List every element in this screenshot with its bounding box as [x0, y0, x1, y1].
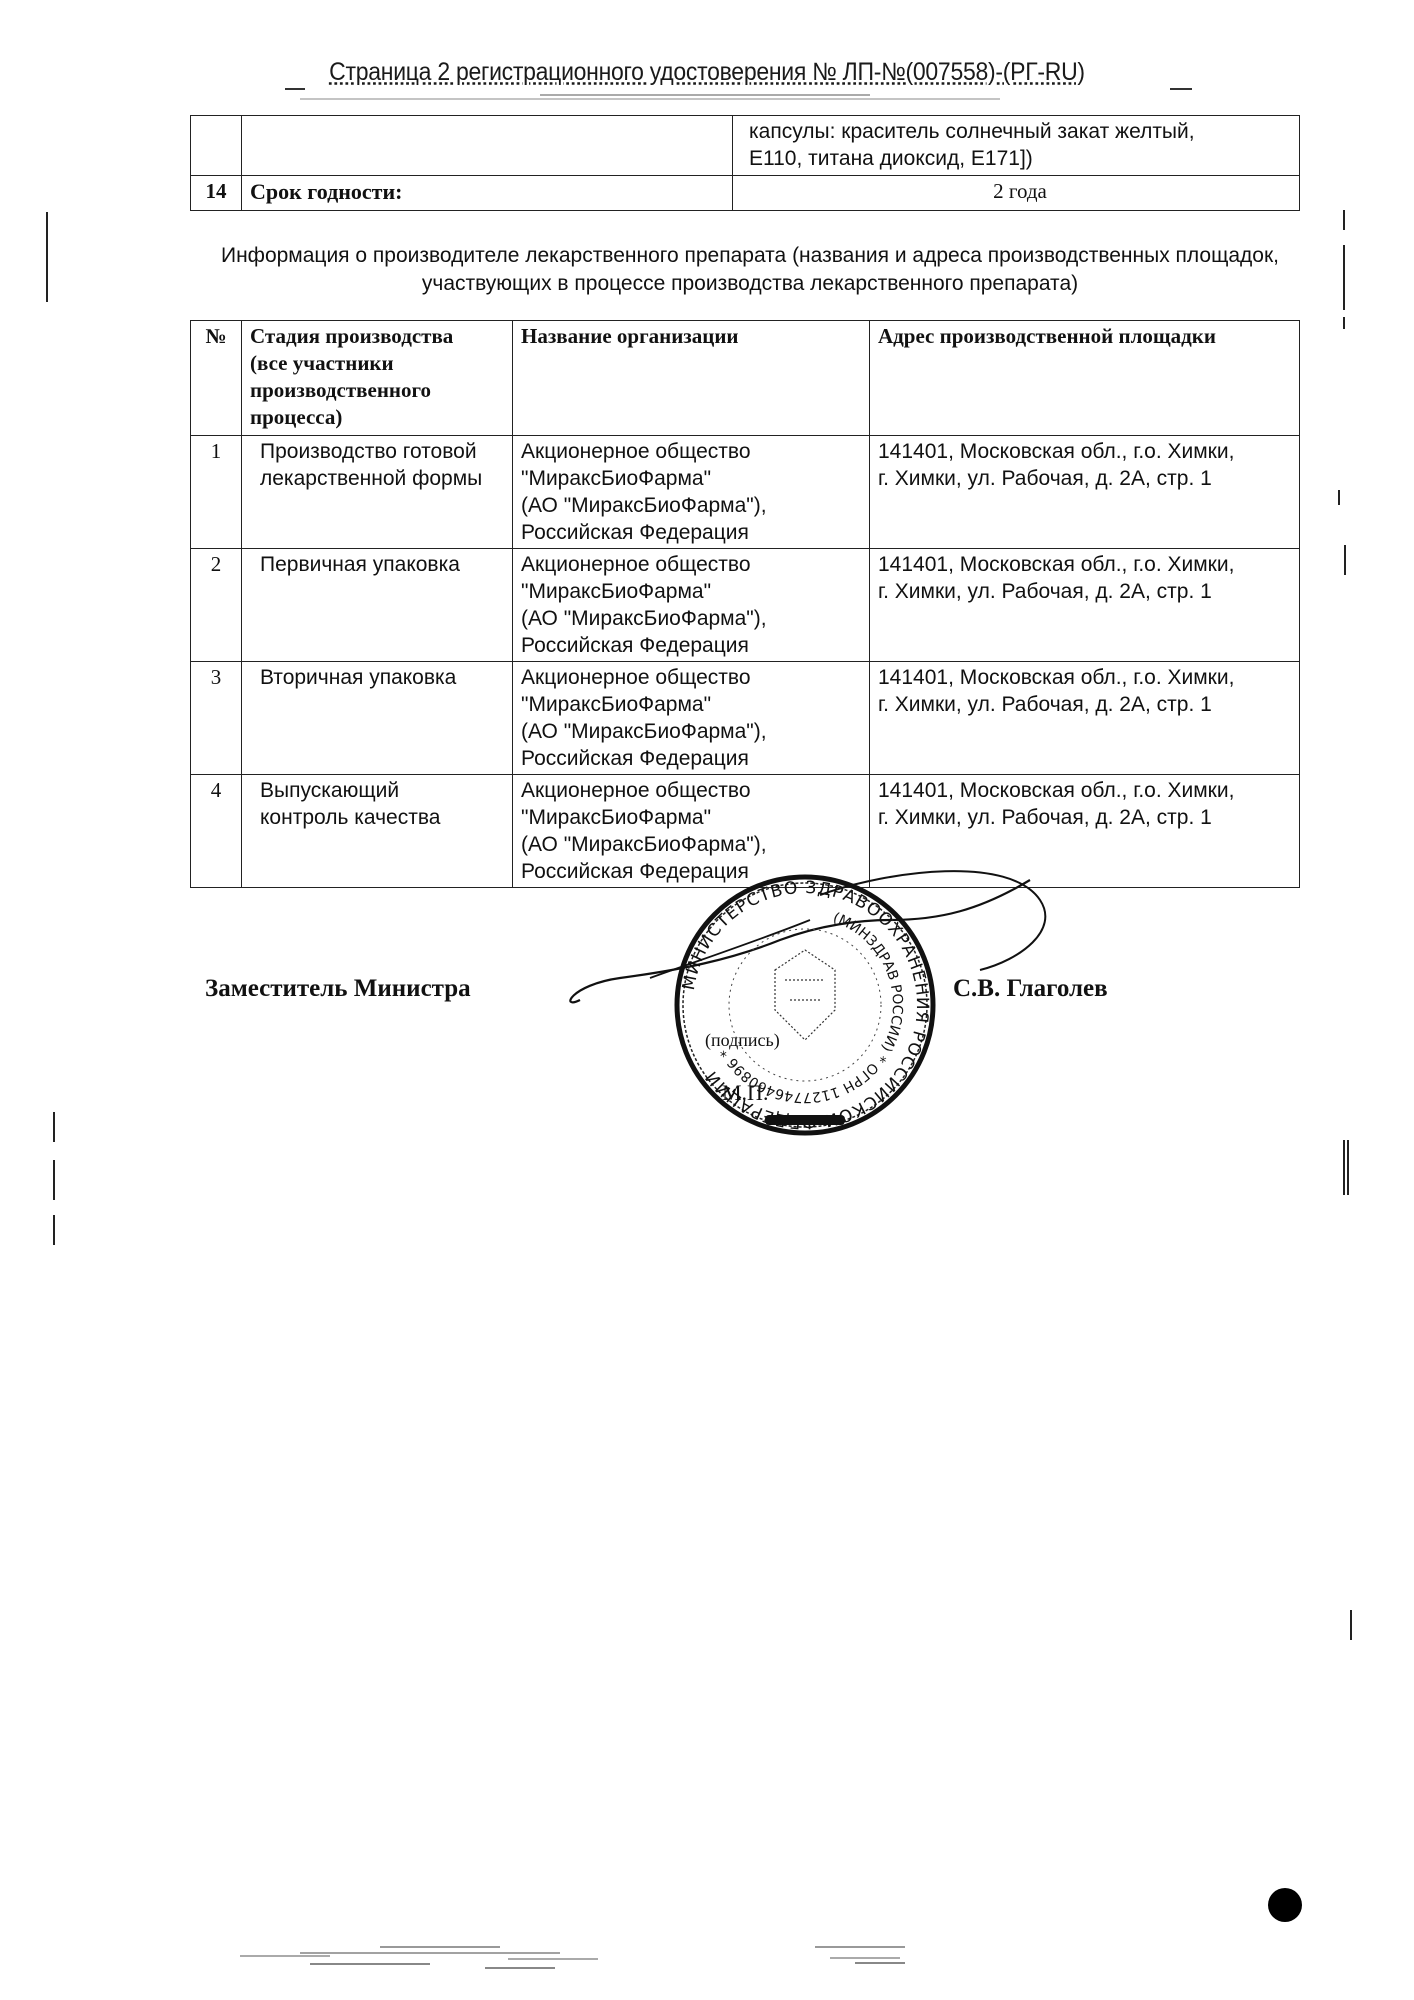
scan-noise-line	[830, 1957, 900, 1959]
header-dash-left	[285, 88, 305, 90]
cell-line: 141401, Московская обл., г.о. Химки,	[878, 551, 1291, 578]
official-seal-icon: МИНИСТЕРСТВО ЗДРАВООХРАНЕНИЯ РОССИЙСКОЙ …	[660, 870, 950, 1140]
intro-line: Информация о производителе лекарственног…	[190, 242, 1310, 270]
production-stage: Вторичная упаковка	[242, 662, 513, 775]
production-stage: Выпускающийконтроль качества	[242, 775, 513, 888]
product-info-table: капсулы: краситель солнечный закат желты…	[190, 115, 1300, 211]
scan-margin-mark	[1343, 245, 1345, 310]
header-line: процесса)	[250, 404, 504, 431]
cell-line: Акционерное общество	[521, 777, 861, 804]
stamp-inner-text: (МИНЗДРАВ РОССИИ) * ОГРН 1127746460896 *	[717, 910, 905, 1105]
scan-noise-line	[815, 1946, 905, 1948]
table-row: 2Первичная упаковкаАкционерное общество"…	[191, 549, 1300, 662]
organization-name: Акционерное общество"МираксБиоФарма"(АО …	[513, 549, 870, 662]
cell-line: 141401, Московская обл., г.о. Химки,	[878, 438, 1291, 465]
cell-line: г. Химки, ул. Рабочая, д. 2А, стр. 1	[878, 804, 1291, 831]
header-line: производственного	[250, 377, 504, 404]
table-row: 1Производство готовойлекарственной формы…	[191, 436, 1300, 549]
organization-name: Акционерное общество"МираксБиоФарма"(АО …	[513, 662, 870, 775]
cell-line: Акционерное общество	[521, 664, 861, 691]
scan-margin-mark	[1347, 1140, 1349, 1195]
cell-line: контроль качества	[260, 804, 504, 831]
production-stage: Первичная упаковка	[242, 549, 513, 662]
header-line: (все участники	[250, 350, 504, 377]
row-number: 3	[191, 662, 242, 775]
site-address: 141401, Московская обл., г.о. Химки,г. Х…	[870, 436, 1300, 549]
page-header: Страница 2 регистрационного удостоверени…	[57, 58, 1358, 87]
scan-margin-mark	[1350, 1610, 1352, 1640]
value-line: капсулы: краситель солнечный закат желты…	[749, 118, 1291, 145]
row-number: 1	[191, 436, 242, 549]
row-number	[191, 116, 242, 176]
cell-line: (АО "МираксБиоФарма"),	[521, 718, 861, 745]
table-row: капсулы: краситель солнечный закат желты…	[191, 116, 1300, 176]
header-dash-right	[1170, 88, 1192, 90]
col-header-number: №	[191, 321, 242, 436]
scan-margin-mark	[46, 212, 48, 302]
scan-noise-line	[508, 1958, 598, 1960]
cell-line: лекарственной формы	[260, 465, 504, 492]
cell-line: г. Химки, ул. Рабочая, д. 2А, стр. 1	[878, 691, 1291, 718]
row-value: капсулы: краситель солнечный закат желты…	[733, 116, 1300, 176]
manufacturer-info-heading: Информация о производителе лекарственног…	[190, 242, 1310, 298]
col-header-organization: Название организации	[513, 321, 870, 436]
page-title: Страница 2 регистрационного удостоверени…	[329, 58, 1085, 86]
cell-line: "МираксБиоФарма"	[521, 804, 861, 831]
scan-noise-line	[380, 1946, 500, 1948]
site-address: 141401, Московская обл., г.о. Химки,г. Х…	[870, 549, 1300, 662]
cell-line: г. Химки, ул. Рабочая, д. 2А, стр. 1	[878, 465, 1291, 492]
scan-noise-line	[240, 1955, 330, 1957]
value-line: Е110, титана диоксид, Е171])	[749, 145, 1291, 172]
row-number: 14	[191, 176, 242, 211]
table-row: 3Вторичная упаковкаАкционерное общество"…	[191, 662, 1300, 775]
row-label	[242, 116, 733, 176]
intro-line: участвующих в процессе производства лека…	[190, 270, 1310, 298]
cell-line: Первичная упаковка	[260, 551, 504, 578]
cell-line: "МираксБиоФарма"	[521, 691, 861, 718]
scan-margin-mark	[53, 1215, 55, 1245]
cell-line: Российская Федерация	[521, 632, 861, 659]
cell-line: (АО "МираксБиоФарма"),	[521, 492, 861, 519]
scan-noise-line	[310, 1963, 430, 1965]
scan-noise-line	[540, 94, 870, 96]
cell-line: Акционерное общество	[521, 438, 861, 465]
table-row: 14 Срок годности: 2 года	[191, 176, 1300, 211]
cell-line: (АО "МираксБиоФарма"),	[521, 831, 861, 858]
shelf-life-value: 2 года	[733, 176, 1300, 211]
manufacturer-table: № Стадия производства (все участники про…	[190, 320, 1300, 888]
organization-name: Акционерное общество"МираксБиоФарма"(АО …	[513, 436, 870, 549]
scan-margin-mark	[1343, 1140, 1345, 1195]
production-stage: Производство готовойлекарственной формы	[242, 436, 513, 549]
row-number: 2	[191, 549, 242, 662]
col-header-stage: Стадия производства (все участники произ…	[242, 321, 513, 436]
scan-margin-mark	[53, 1112, 55, 1142]
seal-label: М.П.	[722, 1080, 768, 1106]
cell-line: "МираксБиоФарма"	[521, 465, 861, 492]
svg-text:(МИНЗДРАВ РОССИИ) * ОГРН 11277: (МИНЗДРАВ РОССИИ) * ОГРН 1127746460896 *	[717, 910, 905, 1105]
scan-noise-line	[485, 1967, 555, 1969]
cell-line: Выпускающий	[260, 777, 504, 804]
cell-line: (АО "МираксБиоФарма"),	[521, 605, 861, 632]
scan-noise-line	[855, 1962, 905, 1964]
signatory-position: Заместитель Министра	[205, 975, 471, 1003]
scan-margin-mark	[53, 1160, 55, 1200]
scan-margin-mark	[1344, 545, 1346, 575]
row-number: 4	[191, 775, 242, 888]
signature-caption: (подпись)	[705, 1030, 780, 1051]
cell-line: Российская Федерация	[521, 745, 861, 772]
scan-noise-line	[300, 98, 1000, 100]
scan-margin-mark	[1343, 317, 1345, 329]
cell-line: "МираксБиоФарма"	[521, 578, 861, 605]
scan-noise-line	[300, 1952, 560, 1954]
site-address: 141401, Московская обл., г.о. Химки,г. Х…	[870, 662, 1300, 775]
table-header-row: № Стадия производства (все участники про…	[191, 321, 1300, 436]
cell-line: г. Химки, ул. Рабочая, д. 2А, стр. 1	[878, 578, 1291, 605]
col-header-address: Адрес производственной площадки	[870, 321, 1300, 436]
shelf-life-label: Срок годности:	[242, 176, 733, 211]
cell-line: 141401, Московская обл., г.о. Химки,	[878, 664, 1291, 691]
cell-line: Производство готовой	[260, 438, 504, 465]
scan-margin-mark	[1338, 490, 1340, 505]
header-line: Стадия производства	[250, 323, 504, 350]
scan-dot-mark	[1268, 1888, 1302, 1922]
signatory-name: С.В. Глаголев	[953, 975, 1108, 1003]
cell-line: Акционерное общество	[521, 551, 861, 578]
manufacturer-rows: 1Производство готовойлекарственной формы…	[191, 436, 1300, 888]
cell-line: 141401, Московская обл., г.о. Химки,	[878, 777, 1291, 804]
cell-line: Российская Федерация	[521, 519, 861, 546]
cell-line: Вторичная упаковка	[260, 664, 504, 691]
scan-margin-mark	[1343, 210, 1345, 230]
